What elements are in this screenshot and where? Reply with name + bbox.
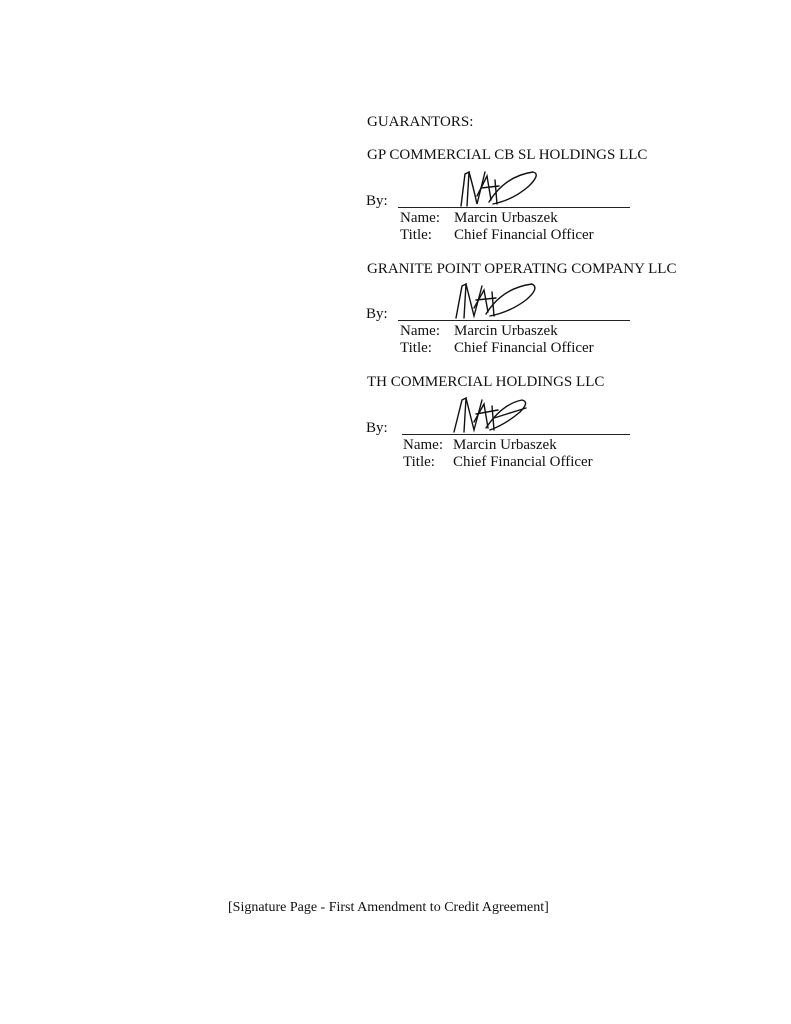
name-label: Name: [400, 210, 440, 227]
title-label: Title: [403, 454, 435, 471]
entity-name: GRANITE POINT OPERATING COMPANY LLC [367, 261, 676, 278]
signature-line [402, 434, 630, 435]
signer-title: Chief Financial Officer [454, 227, 594, 244]
by-label: By: [366, 420, 388, 437]
signature-line [398, 207, 630, 208]
entity-name: GP COMMERCIAL CB SL HOLDINGS LLC [367, 147, 647, 164]
name-label: Name: [403, 437, 443, 454]
by-label: By: [366, 306, 388, 323]
signer-title: Chief Financial Officer [454, 340, 594, 357]
handwritten-signature [455, 166, 545, 210]
signer-name: Marcin Urbaszek [454, 323, 558, 340]
signer-name: Marcin Urbaszek [454, 210, 558, 227]
handwritten-signature [450, 394, 540, 436]
signature-line [398, 320, 630, 321]
handwritten-signature [452, 280, 542, 322]
guarantors-heading: GUARANTORS: [367, 114, 473, 131]
by-label: By: [366, 193, 388, 210]
page-footer: [Signature Page - First Amendment to Cre… [228, 900, 549, 916]
signer-title: Chief Financial Officer [453, 454, 593, 471]
entity-name: TH COMMERCIAL HOLDINGS LLC [367, 374, 604, 391]
name-label: Name: [400, 323, 440, 340]
title-label: Title: [400, 340, 432, 357]
title-label: Title: [400, 227, 432, 244]
signer-name: Marcin Urbaszek [453, 437, 557, 454]
